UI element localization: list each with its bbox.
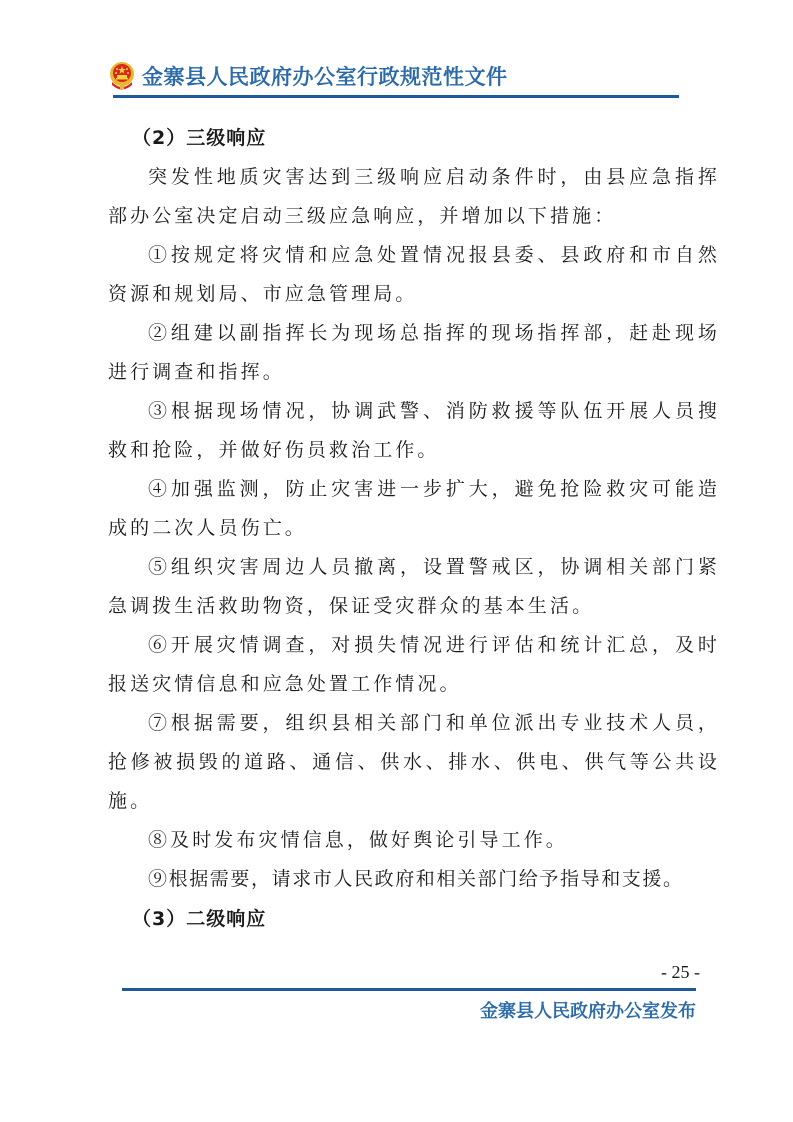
next-section-heading: （3）二级响应 <box>108 899 720 939</box>
measure-item: ⑨根据需要，请求市人民政府和相关部门给予指导和支援。 <box>108 860 720 899</box>
page-number: - 25 - <box>630 962 700 983</box>
measure-item: ①按规定将灾情和应急处置情况报县委、县政府和市自然资源和规划局、市应急管理局。 <box>108 236 720 314</box>
document-series-title: 金寨县人民政府办公室行政规范性文件 <box>142 61 508 91</box>
intro-paragraph: 突发性地质灾害达到三级响应启动条件时，由县应急指挥部办公室决定启动三级应急响应，… <box>108 158 720 236</box>
measure-item: ③根据现场情况，协调武警、消防救援等队伍开展人员搜救和抢险，并做好伤员救治工作。 <box>108 392 720 470</box>
section-heading: （2）三级响应 <box>108 118 720 158</box>
header-divider <box>113 95 679 98</box>
document-header: 金寨县人民政府办公室行政规范性文件 <box>108 58 508 94</box>
measure-item: ⑤组织灾害周边人员撤离，设置警戒区，协调相关部门紧急调拨生活救助物资，保证受灾群… <box>108 548 720 626</box>
document-body: （2）三级响应 突发性地质灾害达到三级响应启动条件时，由县应急指挥部办公室决定启… <box>108 118 720 939</box>
footer-divider <box>122 988 696 991</box>
measure-item: ⑧及时发布灾情信息，做好舆论引导工作。 <box>108 821 720 860</box>
measure-item: ④加强监测，防止灾害进一步扩大，避免抢险救灾可能造成的二次人员伤亡。 <box>108 470 720 548</box>
measure-item: ②组建以副指挥长为现场总指挥的现场指挥部，赶赴现场进行调查和指挥。 <box>108 314 720 392</box>
measure-item: ⑦根据需要，组织县相关部门和单位派出专业技术人员，抢修被损毁的道路、通信、供水、… <box>108 704 720 821</box>
measure-item: ⑥开展灾情调查，对损失情况进行评估和统计汇总，及时报送灾情信息和应急处置工作情况… <box>108 626 720 704</box>
national-emblem-icon <box>108 60 136 92</box>
footer-publisher: 金寨县人民政府办公室发布 <box>440 997 696 1023</box>
